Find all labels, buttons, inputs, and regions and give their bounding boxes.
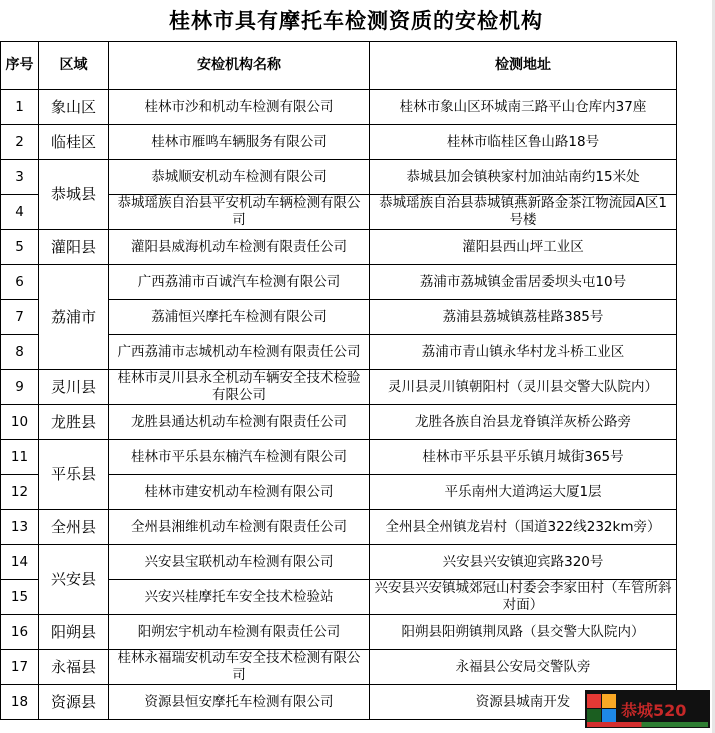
page-title: 桂林市具有摩托车检测资质的安检机构 bbox=[0, 0, 712, 41]
header-name: 安检机构名称 bbox=[109, 42, 370, 90]
cell-no: 14 bbox=[1, 545, 39, 580]
cell-address: 阳朔县阳朔镇荆凤路（县交警大队院内） bbox=[370, 615, 677, 650]
cell-name: 桂林市平乐县东楠汽车检测有限公司 bbox=[109, 440, 370, 475]
cell-area: 灌阳县 bbox=[39, 230, 109, 265]
inspection-agencies-table: 序号 区域 安检机构名称 检测地址 1 象山区 桂林市沙和机动车检测有限公司 桂… bbox=[0, 41, 677, 720]
cell-no: 2 bbox=[1, 125, 39, 160]
cell-area: 全州县 bbox=[39, 510, 109, 545]
table-row: 11 平乐县 桂林市平乐县东楠汽车检测有限公司 桂林市平乐县平乐镇月城街365号 bbox=[1, 440, 677, 475]
cell-address: 灵川县灵川镇朝阳村（灵川县交警大队院内） bbox=[370, 370, 677, 405]
cell-no: 11 bbox=[1, 440, 39, 475]
cell-address: 恭城瑶族自治县恭城镇燕新路金茶江物流园A区1号楼 bbox=[370, 195, 677, 230]
cell-no: 3 bbox=[1, 160, 39, 195]
cell-name: 桂林市雁鸣车辆服务有限公司 bbox=[109, 125, 370, 160]
cell-name: 阳朔宏宇机动车检测有限责任公司 bbox=[109, 615, 370, 650]
cell-address: 荔浦县荔城镇荔桂路385号 bbox=[370, 300, 677, 335]
watermark-text: 恭城520 bbox=[621, 698, 686, 721]
header-address: 检测地址 bbox=[370, 42, 677, 90]
cell-no: 9 bbox=[1, 370, 39, 405]
cell-address: 桂林市象山区环城南三路平山仓库内37座 bbox=[370, 90, 677, 125]
table-row: 9 灵川县 桂林市灵川县永全机动车辆安全技术检验有限公司 灵川县灵川镇朝阳村（灵… bbox=[1, 370, 677, 405]
cell-name: 广西荔浦市百诚汽车检测有限公司 bbox=[109, 265, 370, 300]
cell-address: 兴安县兴安镇迎宾路320号 bbox=[370, 545, 677, 580]
cell-address: 恭城县加会镇秧家村加油站南约15米处 bbox=[370, 160, 677, 195]
table-row: 17 永福县 桂林永福瑞安机动车安全技术检测有限公司 永福县公安局交警队旁 bbox=[1, 650, 677, 685]
cell-name: 桂林永福瑞安机动车安全技术检测有限公司 bbox=[109, 650, 370, 685]
cell-no: 7 bbox=[1, 300, 39, 335]
cell-area: 恭城县 bbox=[39, 160, 109, 230]
cell-area: 龙胜县 bbox=[39, 405, 109, 440]
table-row: 2 临桂区 桂林市雁鸣车辆服务有限公司 桂林市临桂区鲁山路18号 bbox=[1, 125, 677, 160]
cell-area: 灵川县 bbox=[39, 370, 109, 405]
table-row: 16 阳朔县 阳朔宏宇机动车检测有限责任公司 阳朔县阳朔镇荆凤路（县交警大队院内… bbox=[1, 615, 677, 650]
cell-area: 平乐县 bbox=[39, 440, 109, 510]
table-row: 3 恭城县 恭城顺安机动车检测有限公司 恭城县加会镇秧家村加油站南约15米处 bbox=[1, 160, 677, 195]
table-row: 10 龙胜县 龙胜县通达机动车检测有限责任公司 龙胜各族自治县龙脊镇洋灰桥公路旁 bbox=[1, 405, 677, 440]
cell-name: 桂林市沙和机动车检测有限公司 bbox=[109, 90, 370, 125]
table-row: 5 灌阳县 灌阳县威海机动车检测有限责任公司 灌阳县西山坪工业区 bbox=[1, 230, 677, 265]
cell-no: 5 bbox=[1, 230, 39, 265]
cell-no: 16 bbox=[1, 615, 39, 650]
cell-no: 1 bbox=[1, 90, 39, 125]
cell-no: 6 bbox=[1, 265, 39, 300]
cell-address: 永福县公安局交警队旁 bbox=[370, 650, 677, 685]
cell-area: 兴安县 bbox=[39, 545, 109, 615]
cell-name: 桂林市灵川县永全机动车辆安全技术检验有限公司 bbox=[109, 370, 370, 405]
logo-squares-icon bbox=[587, 694, 617, 724]
table-row: 1 象山区 桂林市沙和机动车检测有限公司 桂林市象山区环城南三路平山仓库内37座 bbox=[1, 90, 677, 125]
cell-no: 13 bbox=[1, 510, 39, 545]
cell-name: 资源县恒安摩托车检测有限公司 bbox=[109, 685, 370, 720]
cell-name: 灌阳县威海机动车检测有限责任公司 bbox=[109, 230, 370, 265]
cell-no: 8 bbox=[1, 335, 39, 370]
cell-name: 龙胜县通达机动车检测有限责任公司 bbox=[109, 405, 370, 440]
cell-address: 桂林市平乐县平乐镇月城街365号 bbox=[370, 440, 677, 475]
cell-no: 17 bbox=[1, 650, 39, 685]
cell-area: 永福县 bbox=[39, 650, 109, 685]
table-row: 6 荔浦市 广西荔浦市百诚汽车检测有限公司 荔浦市荔城镇金雷居委坝头屯10号 bbox=[1, 265, 677, 300]
cell-name: 兴安县宝联机动车检测有限公司 bbox=[109, 545, 370, 580]
cell-no: 15 bbox=[1, 580, 39, 615]
cell-area: 资源县 bbox=[39, 685, 109, 720]
cell-address: 兴安县兴安镇城郊冠山村委会李家田村（车管所斜对面） bbox=[370, 580, 677, 615]
cell-name: 广西荔浦市志城机动车检测有限责任公司 bbox=[109, 335, 370, 370]
cell-name: 全州县湘维机动车检测有限责任公司 bbox=[109, 510, 370, 545]
cell-address: 龙胜各族自治县龙脊镇洋灰桥公路旁 bbox=[370, 405, 677, 440]
cell-address: 灌阳县西山坪工业区 bbox=[370, 230, 677, 265]
cell-area: 象山区 bbox=[39, 90, 109, 125]
cell-name: 桂林市建安机动车检测有限公司 bbox=[109, 475, 370, 510]
watermark-subline bbox=[587, 722, 708, 727]
cell-name: 兴安兴桂摩托车安全技术检验站 bbox=[109, 580, 370, 615]
cell-no: 18 bbox=[1, 685, 39, 720]
cell-address: 荔浦市荔城镇金雷居委坝头屯10号 bbox=[370, 265, 677, 300]
cell-address: 平乐南州大道鸿运大厦1层 bbox=[370, 475, 677, 510]
cell-name: 恭城瑶族自治县平安机动车辆检测有限公司 bbox=[109, 195, 370, 230]
header-no: 序号 bbox=[1, 42, 39, 90]
cell-no: 10 bbox=[1, 405, 39, 440]
cell-no: 4 bbox=[1, 195, 39, 230]
table-row: 14 兴安县 兴安县宝联机动车检测有限公司 兴安县兴安镇迎宾路320号 bbox=[1, 545, 677, 580]
cell-area: 荔浦市 bbox=[39, 265, 109, 370]
cell-name: 荔浦恒兴摩托车检测有限公司 bbox=[109, 300, 370, 335]
cell-area: 临桂区 bbox=[39, 125, 109, 160]
cell-address: 桂林市临桂区鲁山路18号 bbox=[370, 125, 677, 160]
cell-no: 12 bbox=[1, 475, 39, 510]
cell-address: 全州县全州镇龙岩村（国道322线232km旁） bbox=[370, 510, 677, 545]
site-watermark-logo: 恭城520 bbox=[585, 690, 710, 728]
cell-area: 阳朔县 bbox=[39, 615, 109, 650]
cell-address: 荔浦市青山镇永华村龙斗桥工业区 bbox=[370, 335, 677, 370]
header-area: 区域 bbox=[39, 42, 109, 90]
table-row: 13 全州县 全州县湘维机动车检测有限责任公司 全州县全州镇龙岩村（国道322线… bbox=[1, 510, 677, 545]
cell-name: 恭城顺安机动车检测有限公司 bbox=[109, 160, 370, 195]
table-row: 18 资源县 资源县恒安摩托车检测有限公司 资源县城南开发 bbox=[1, 685, 677, 720]
table-header-row: 序号 区域 安检机构名称 检测地址 bbox=[1, 42, 677, 90]
